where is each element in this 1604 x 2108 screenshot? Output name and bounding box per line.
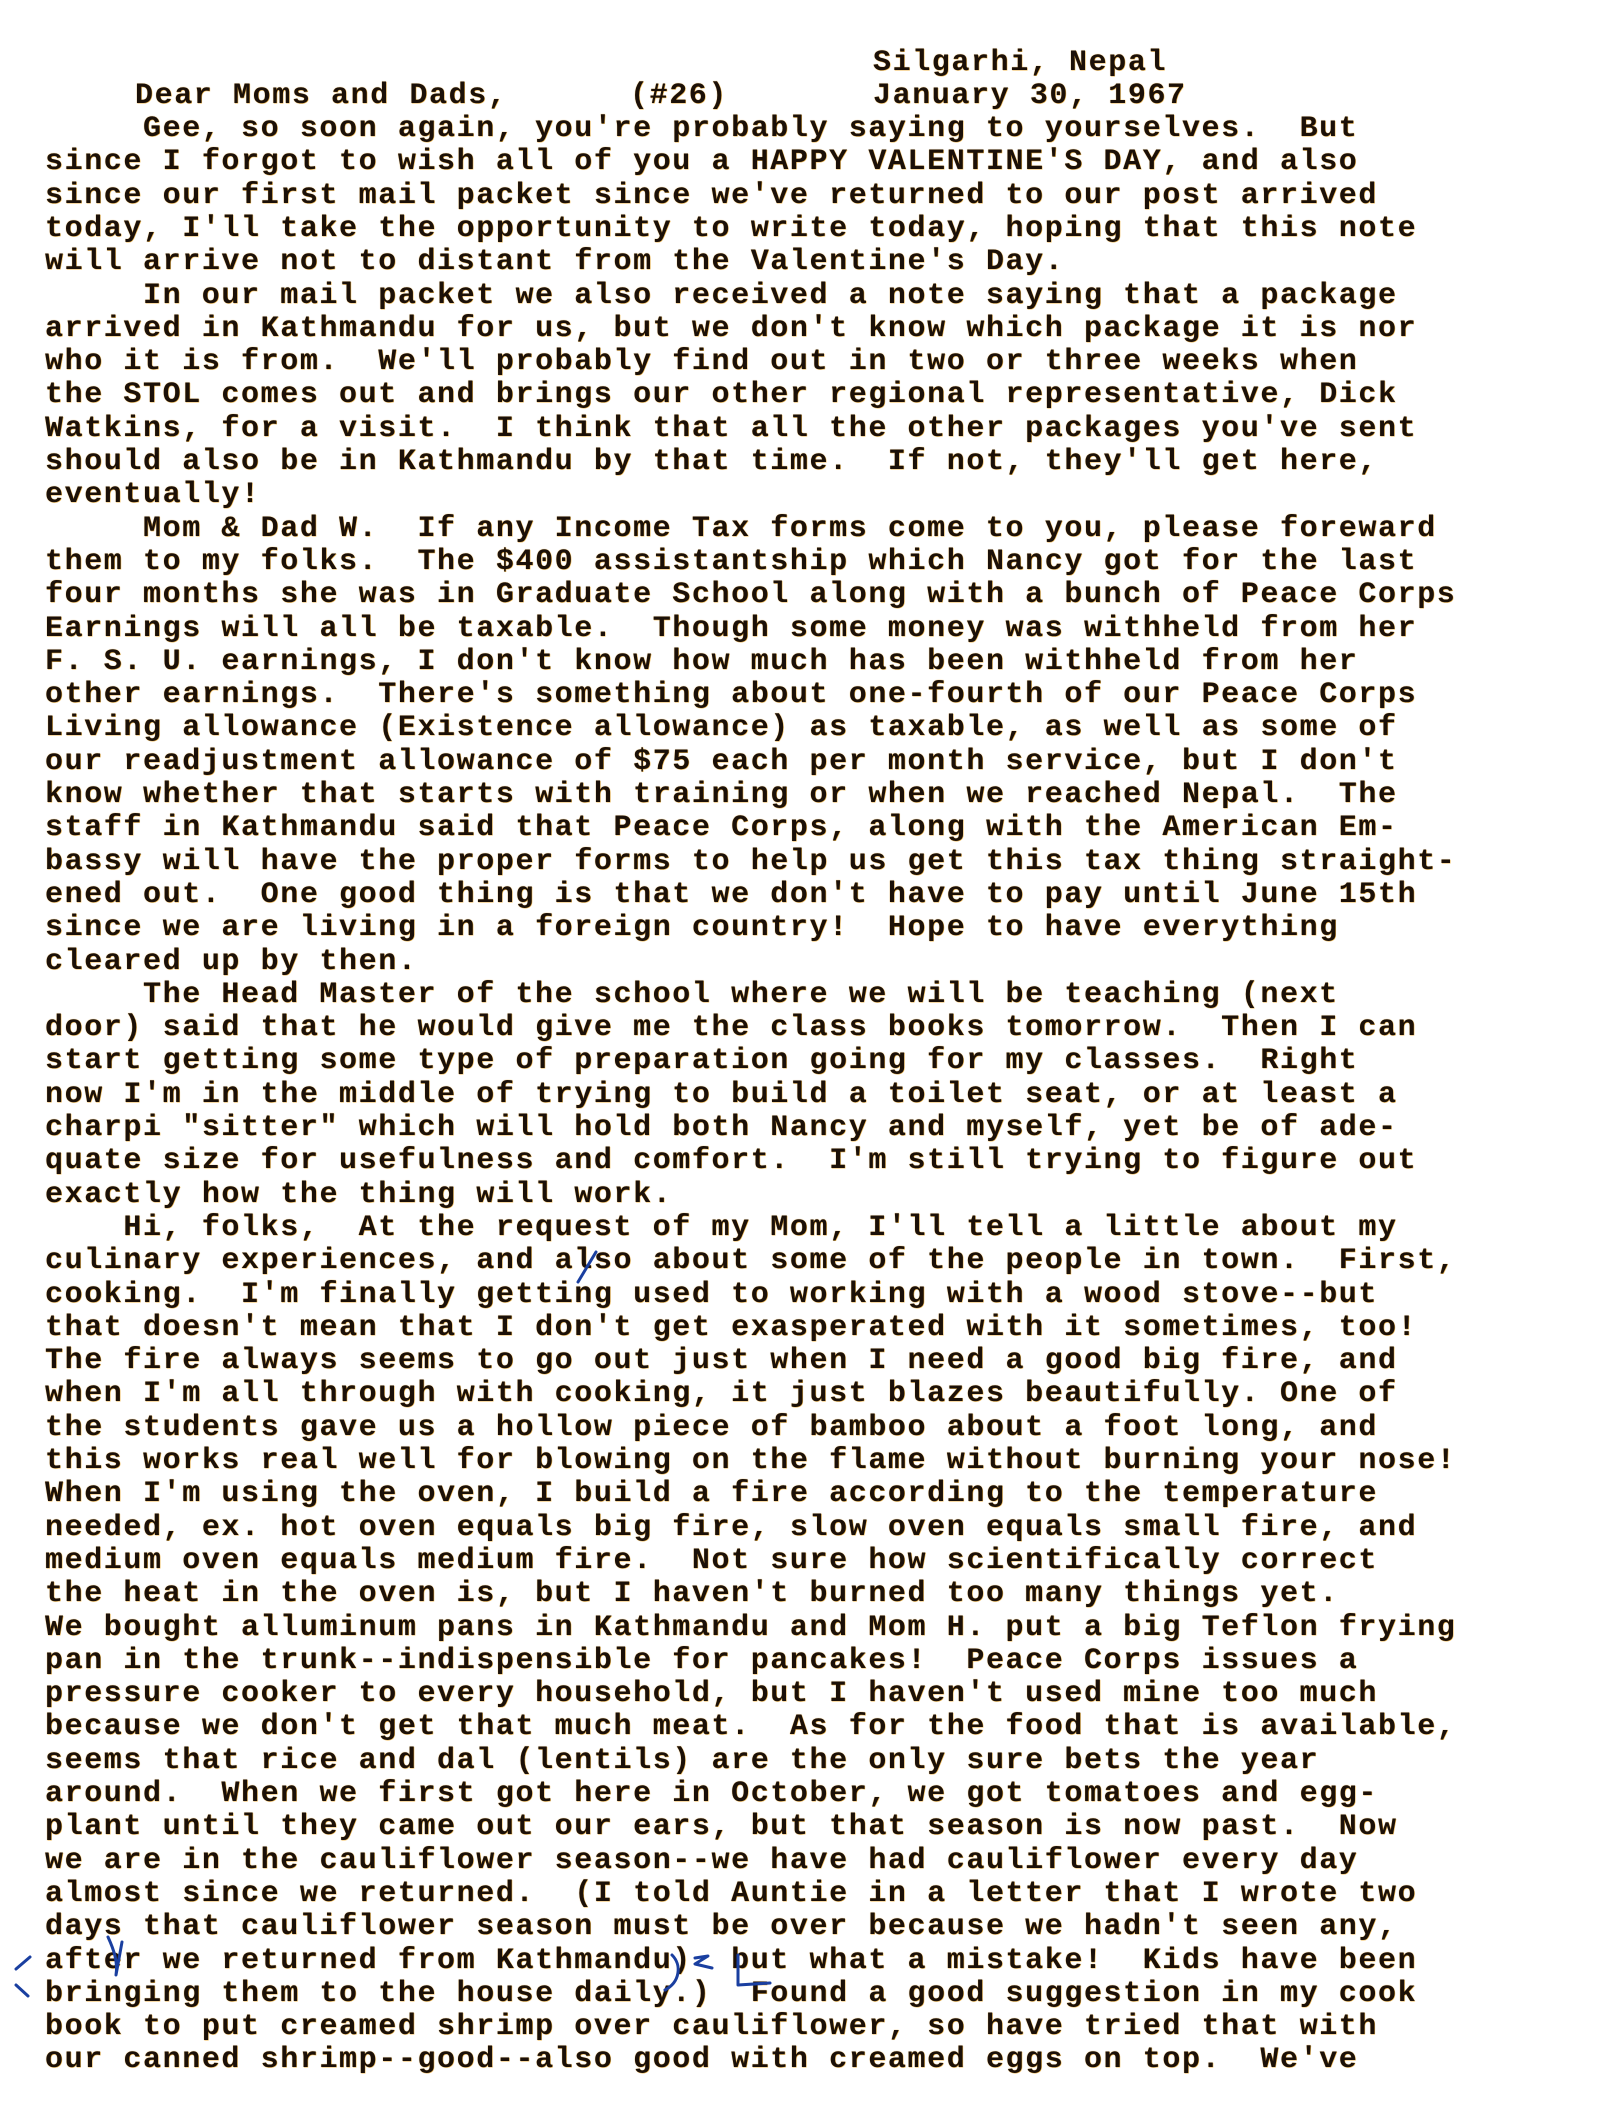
letter-line: after we returned from Kathmandu) but wh… xyxy=(45,1944,1417,1978)
letter-line: today, I'll take the opportunity to writ… xyxy=(45,212,1417,246)
letter-line: them to my folks. The $400 assistantship… xyxy=(45,545,1417,579)
letter-line: needed, ex. hot oven equals big fire, sl… xyxy=(45,1511,1417,1545)
letter-salutation: Dear Moms and Dads, xyxy=(135,79,507,113)
letter-line: since our first mail packet since we've … xyxy=(45,179,1378,213)
letter-line: the STOL comes out and brings our other … xyxy=(45,378,1398,412)
letter-line: The fire always seems to go out just whe… xyxy=(45,1344,1398,1378)
letter-page: Silgarhi, Nepal Dear Moms and Dads, (#26… xyxy=(0,0,1604,2108)
letter-line: Watkins, for a visit. I think that all t… xyxy=(45,412,1417,446)
letter-line: ened out. One good thing is that we don'… xyxy=(45,878,1417,912)
letter-line: seems that rice and dal (lentils) are th… xyxy=(45,1744,1319,1778)
letter-line: Hi, folks, At the request of my Mom, I'l… xyxy=(123,1211,1397,1245)
letter-line: since I forgot to wish all of you a HAPP… xyxy=(45,145,1358,179)
letter-line: who it is from. We'll probably find out … xyxy=(45,345,1358,379)
letter-line: start getting some type of preparation g… xyxy=(45,1044,1358,1078)
letter-line: because we don't get that much meat. As … xyxy=(45,1710,1456,1744)
letter-line: In our mail packet we also received a no… xyxy=(143,279,1398,313)
letter-line: quate size for usefulness and comfort. I… xyxy=(45,1144,1417,1178)
letter-line: four months she was in Graduate School a… xyxy=(45,578,1456,612)
letter-line: the students gave us a hollow piece of b… xyxy=(45,1411,1378,1445)
letter-date: January 30, 1967 xyxy=(873,79,1187,113)
letter-line: book to put creamed shrimp over cauliflo… xyxy=(45,2010,1378,2044)
letter-location: Silgarhi, Nepal xyxy=(873,46,1167,80)
letter-line: medium oven equals medium fire. Not sure… xyxy=(45,1544,1378,1578)
letter-line: charpi "sitter" which will hold both Nan… xyxy=(45,1111,1398,1145)
letter-line: now I'm in the middle of trying to build… xyxy=(45,1078,1398,1112)
letter-line: We bought alluminum pans in Kathmandu an… xyxy=(45,1611,1456,1645)
letter-line: Earnings will all be taxable. Though som… xyxy=(45,612,1417,646)
letter-line: Gee, so soon again, you're probably sayi… xyxy=(143,112,1358,146)
letter-line: The Head Master of the school where we w… xyxy=(143,978,1339,1012)
letter-line: eventually! xyxy=(45,478,261,512)
bracket-before-after-mark xyxy=(16,1957,30,1996)
letter-line: door) said that he would give me the cla… xyxy=(45,1011,1417,1045)
letter-line: pressure cooker to every household, but … xyxy=(45,1677,1378,1711)
letter-line: this works real well for blowing on the … xyxy=(45,1444,1456,1478)
letter-line: since we are living in a foreign country… xyxy=(45,911,1339,945)
letter-line: When I'm using the oven, I build a fire … xyxy=(45,1477,1378,1511)
letter-line: that doesn't mean that I don't get exasp… xyxy=(45,1311,1417,1345)
letter-line: cleared up by then. xyxy=(45,945,417,979)
letter-line: culinary experiences, and also about som… xyxy=(45,1244,1456,1278)
letter-line: around. When we first got here in Octobe… xyxy=(45,1777,1378,1811)
letter-line: bringing them to the house daily.) Found… xyxy=(45,1977,1417,2011)
letter-line: other earnings. There's something about … xyxy=(45,678,1417,712)
letter-line: our canned shrimp--good--also good with … xyxy=(45,2043,1358,2077)
letter-line: Mom & Dad W. If any Income Tax forms com… xyxy=(143,512,1437,546)
letter-line: days that cauliflower season must be ove… xyxy=(45,1910,1398,1944)
letter-line: almost since we returned. (I told Auntie… xyxy=(45,1877,1417,1911)
letter-line: our readjustment allowance of $75 each p… xyxy=(45,745,1398,779)
letter-line: cooking. I'm finally getting used to wor… xyxy=(45,1278,1378,1312)
letter-line: will arrive not to distant from the Vale… xyxy=(45,245,1064,279)
letter-line: exactly how the thing will work. xyxy=(45,1178,672,1212)
letter-line: when I'm all through with cooking, it ju… xyxy=(45,1377,1398,1411)
letter-line: F. S. U. earnings, I don't know how much… xyxy=(45,645,1358,679)
letter-line: pan in the trunk--indispensible for panc… xyxy=(45,1644,1358,1678)
letter-line: Living allowance (Existence allowance) a… xyxy=(45,711,1398,745)
letter-line: know whether that starts with training o… xyxy=(45,778,1398,812)
letter-line: should also be in Kathmandu by that time… xyxy=(45,445,1378,479)
letter-line: plant until they came out our ears, but … xyxy=(45,1810,1398,1844)
letter-line: the heat in the oven is, but I haven't b… xyxy=(45,1577,1339,1611)
letter-line: bassy will have the proper forms to help… xyxy=(45,845,1456,879)
letter-line: staff in Kathmandu said that Peace Corps… xyxy=(45,811,1398,845)
letter-line: we are in the cauliflower season--we hav… xyxy=(45,1844,1358,1878)
letter-line: arrived in Kathmandu for us, but we don'… xyxy=(45,312,1417,346)
letter-number: (#26) xyxy=(630,79,728,113)
